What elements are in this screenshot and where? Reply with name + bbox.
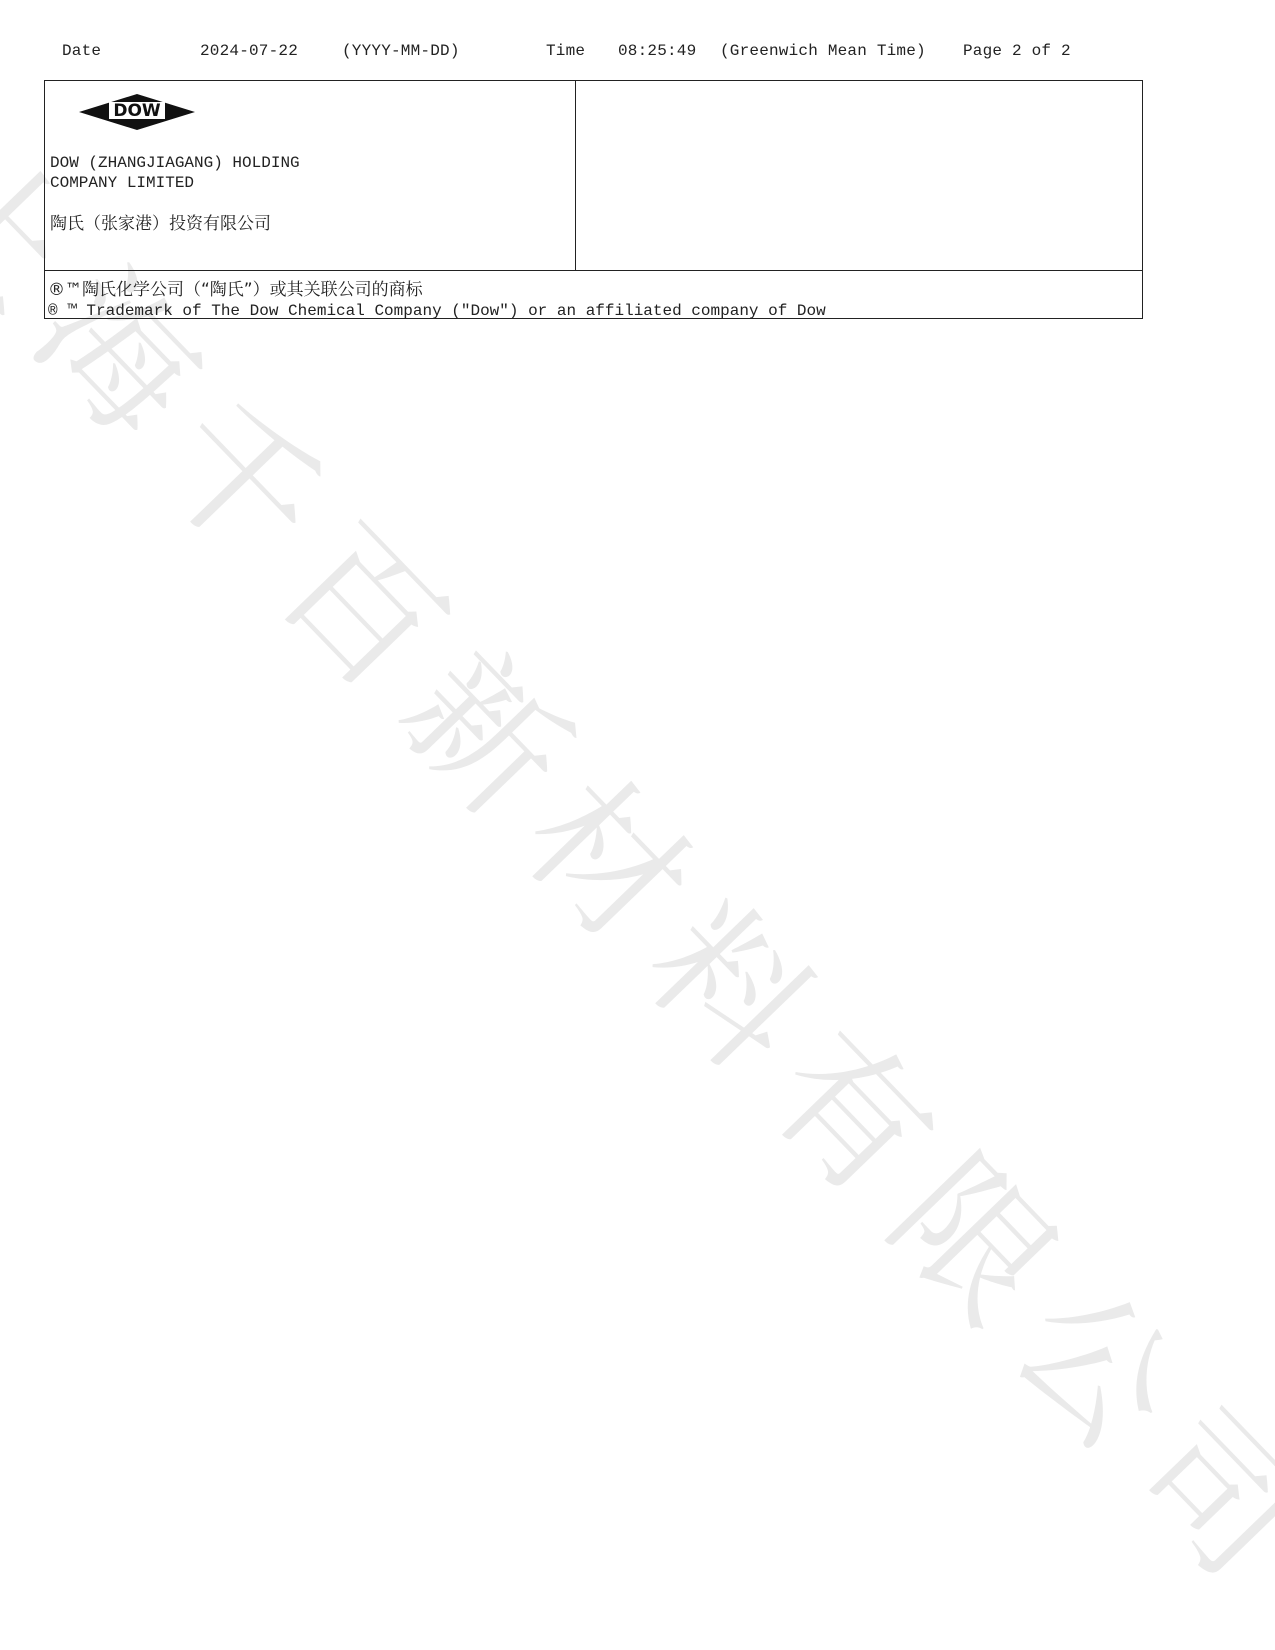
date-format: (YYYY-MM-DD) — [342, 42, 460, 60]
time-value: 08:25:49 — [618, 42, 696, 60]
horizontal-divider — [45, 270, 1142, 271]
time-label: Time — [546, 42, 585, 60]
company-name-cn: 陶氏（张家港）投资有限公司 — [50, 209, 271, 234]
company-name-en: DOW (ZHANGJIAGANG) HOLDINGCOMPANY LIMITE… — [50, 153, 300, 193]
timezone: (Greenwich Mean Time) — [720, 42, 926, 60]
vertical-divider — [575, 81, 576, 270]
dow-logo-icon: DOW ® — [79, 94, 195, 130]
date-label: Date — [62, 42, 101, 60]
date-value: 2024-07-22 — [200, 42, 298, 60]
logo-text: DOW — [113, 101, 161, 121]
svg-text:®: ® — [167, 122, 174, 130]
trademark-en: ® ™ Trademark of The Dow Chemical Compan… — [48, 302, 826, 320]
trademark-cn: ®™陶氏化学公司（“陶氏”）或其关联公司的商标 — [48, 275, 423, 300]
company-info-box: DOW ® DOW (ZHANGJIAGANG) HOLDINGCOMPANY … — [44, 80, 1143, 319]
page-info: Page 2 of 2 — [963, 42, 1071, 60]
